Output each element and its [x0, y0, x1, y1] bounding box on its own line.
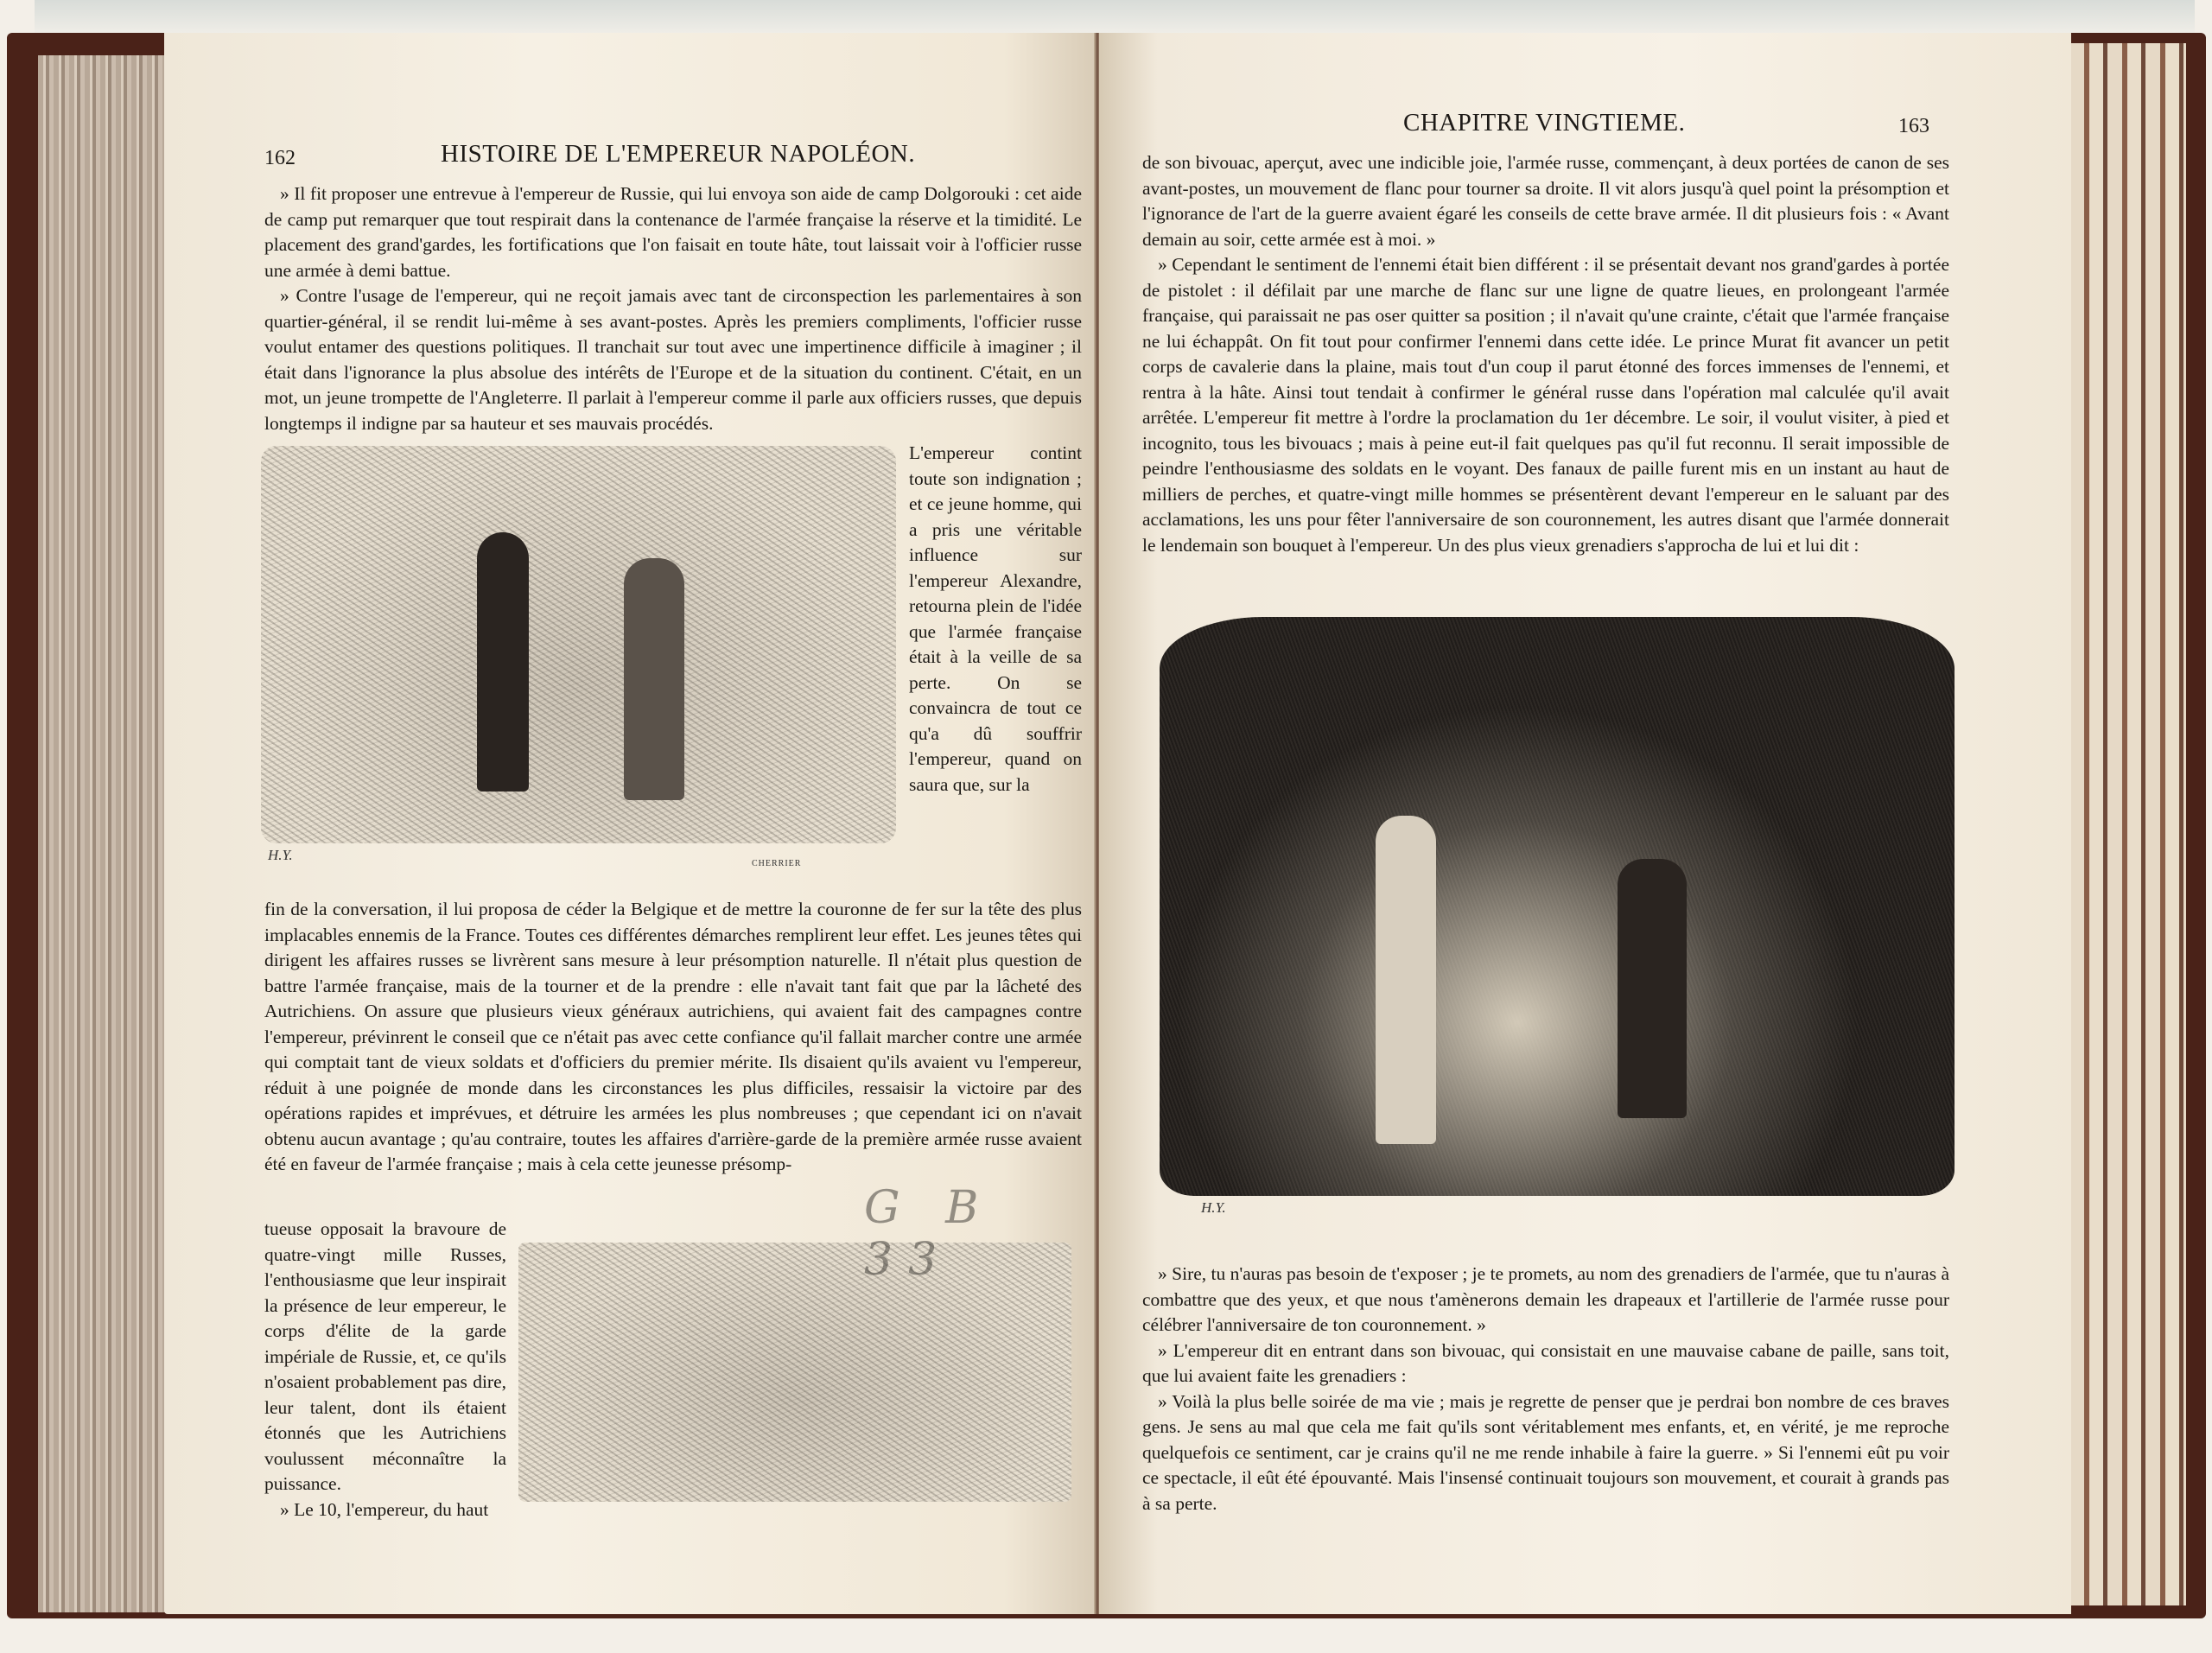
illustration-napoleon-bivouac-torches	[1160, 617, 1955, 1196]
paragraph: » Cependant le sentiment de l'ennemi éta…	[1142, 252, 1949, 558]
engraver-signature: CHERRIER	[752, 859, 801, 868]
handwritten-note: G B 33	[864, 1182, 1097, 1286]
page-number: 162	[264, 147, 296, 170]
paragraph: » Sire, tu n'auras pas besoin de t'expos…	[1142, 1262, 1949, 1338]
illustration-signature: H.Y.	[268, 847, 293, 864]
paragraph: tueuse opposait la bravoure de quatre-vi…	[264, 1217, 506, 1497]
paragraph: L'empereur contint toute son indignation…	[909, 441, 1082, 798]
paragraph: » L'empereur dit en entrant dans son biv…	[1142, 1338, 1949, 1389]
text-top: de son bivouac, aperçut, avec une indici…	[1142, 150, 1949, 558]
figure-napoleon	[624, 558, 684, 800]
paragraph: » Le 10, l'empereur, du haut	[264, 1497, 506, 1523]
text-bottom: » Sire, tu n'auras pas besoin de t'expos…	[1142, 1262, 1949, 1516]
text-top: » Il fit proposer une entrevue à l'emper…	[264, 181, 1082, 436]
background	[35, 0, 2195, 35]
figure-grenadier	[1618, 859, 1687, 1118]
running-head: HISTOIRE DE L'EMPEREUR NAPOLÉON.	[441, 140, 915, 168]
paragraph: » Contre l'usage de l'empereur, qui ne r…	[264, 283, 1082, 436]
paragraph: de son bivouac, aperçut, avec une indici…	[1142, 150, 1949, 252]
figure-napoleon	[1376, 816, 1436, 1144]
page-number: 163	[1898, 115, 1929, 138]
paragraph: » Il fit proposer une entrevue à l'emper…	[264, 181, 1082, 283]
paragraph: » Voilà la plus belle soirée de ma vie ;…	[1142, 1389, 1949, 1517]
illustration-signature: H.Y.	[1201, 1199, 1226, 1217]
right-page: CHAPITRE VINGTIEME. 163 de son bivouac, …	[1099, 33, 2071, 1614]
page-edges-left	[38, 55, 168, 1612]
left-page: 162 HISTOIRE DE L'EMPEREUR NAPOLÉON. » I…	[164, 33, 1097, 1614]
figure-officer	[477, 532, 529, 792]
running-head: CHAPITRE VINGTIEME.	[1403, 109, 1685, 137]
side-column-2: tueuse opposait la bravoure de quatre-vi…	[264, 1217, 506, 1523]
illustration-napoleon-and-russian-officer	[261, 446, 896, 843]
paragraph: fin de la conversation, il lui proposa d…	[264, 897, 1082, 1178]
page-edges-right	[2065, 43, 2186, 1605]
side-column-1: L'empereur contint toute son indignation…	[909, 441, 1082, 798]
text-middle: fin de la conversation, il lui proposa d…	[264, 897, 1082, 1178]
